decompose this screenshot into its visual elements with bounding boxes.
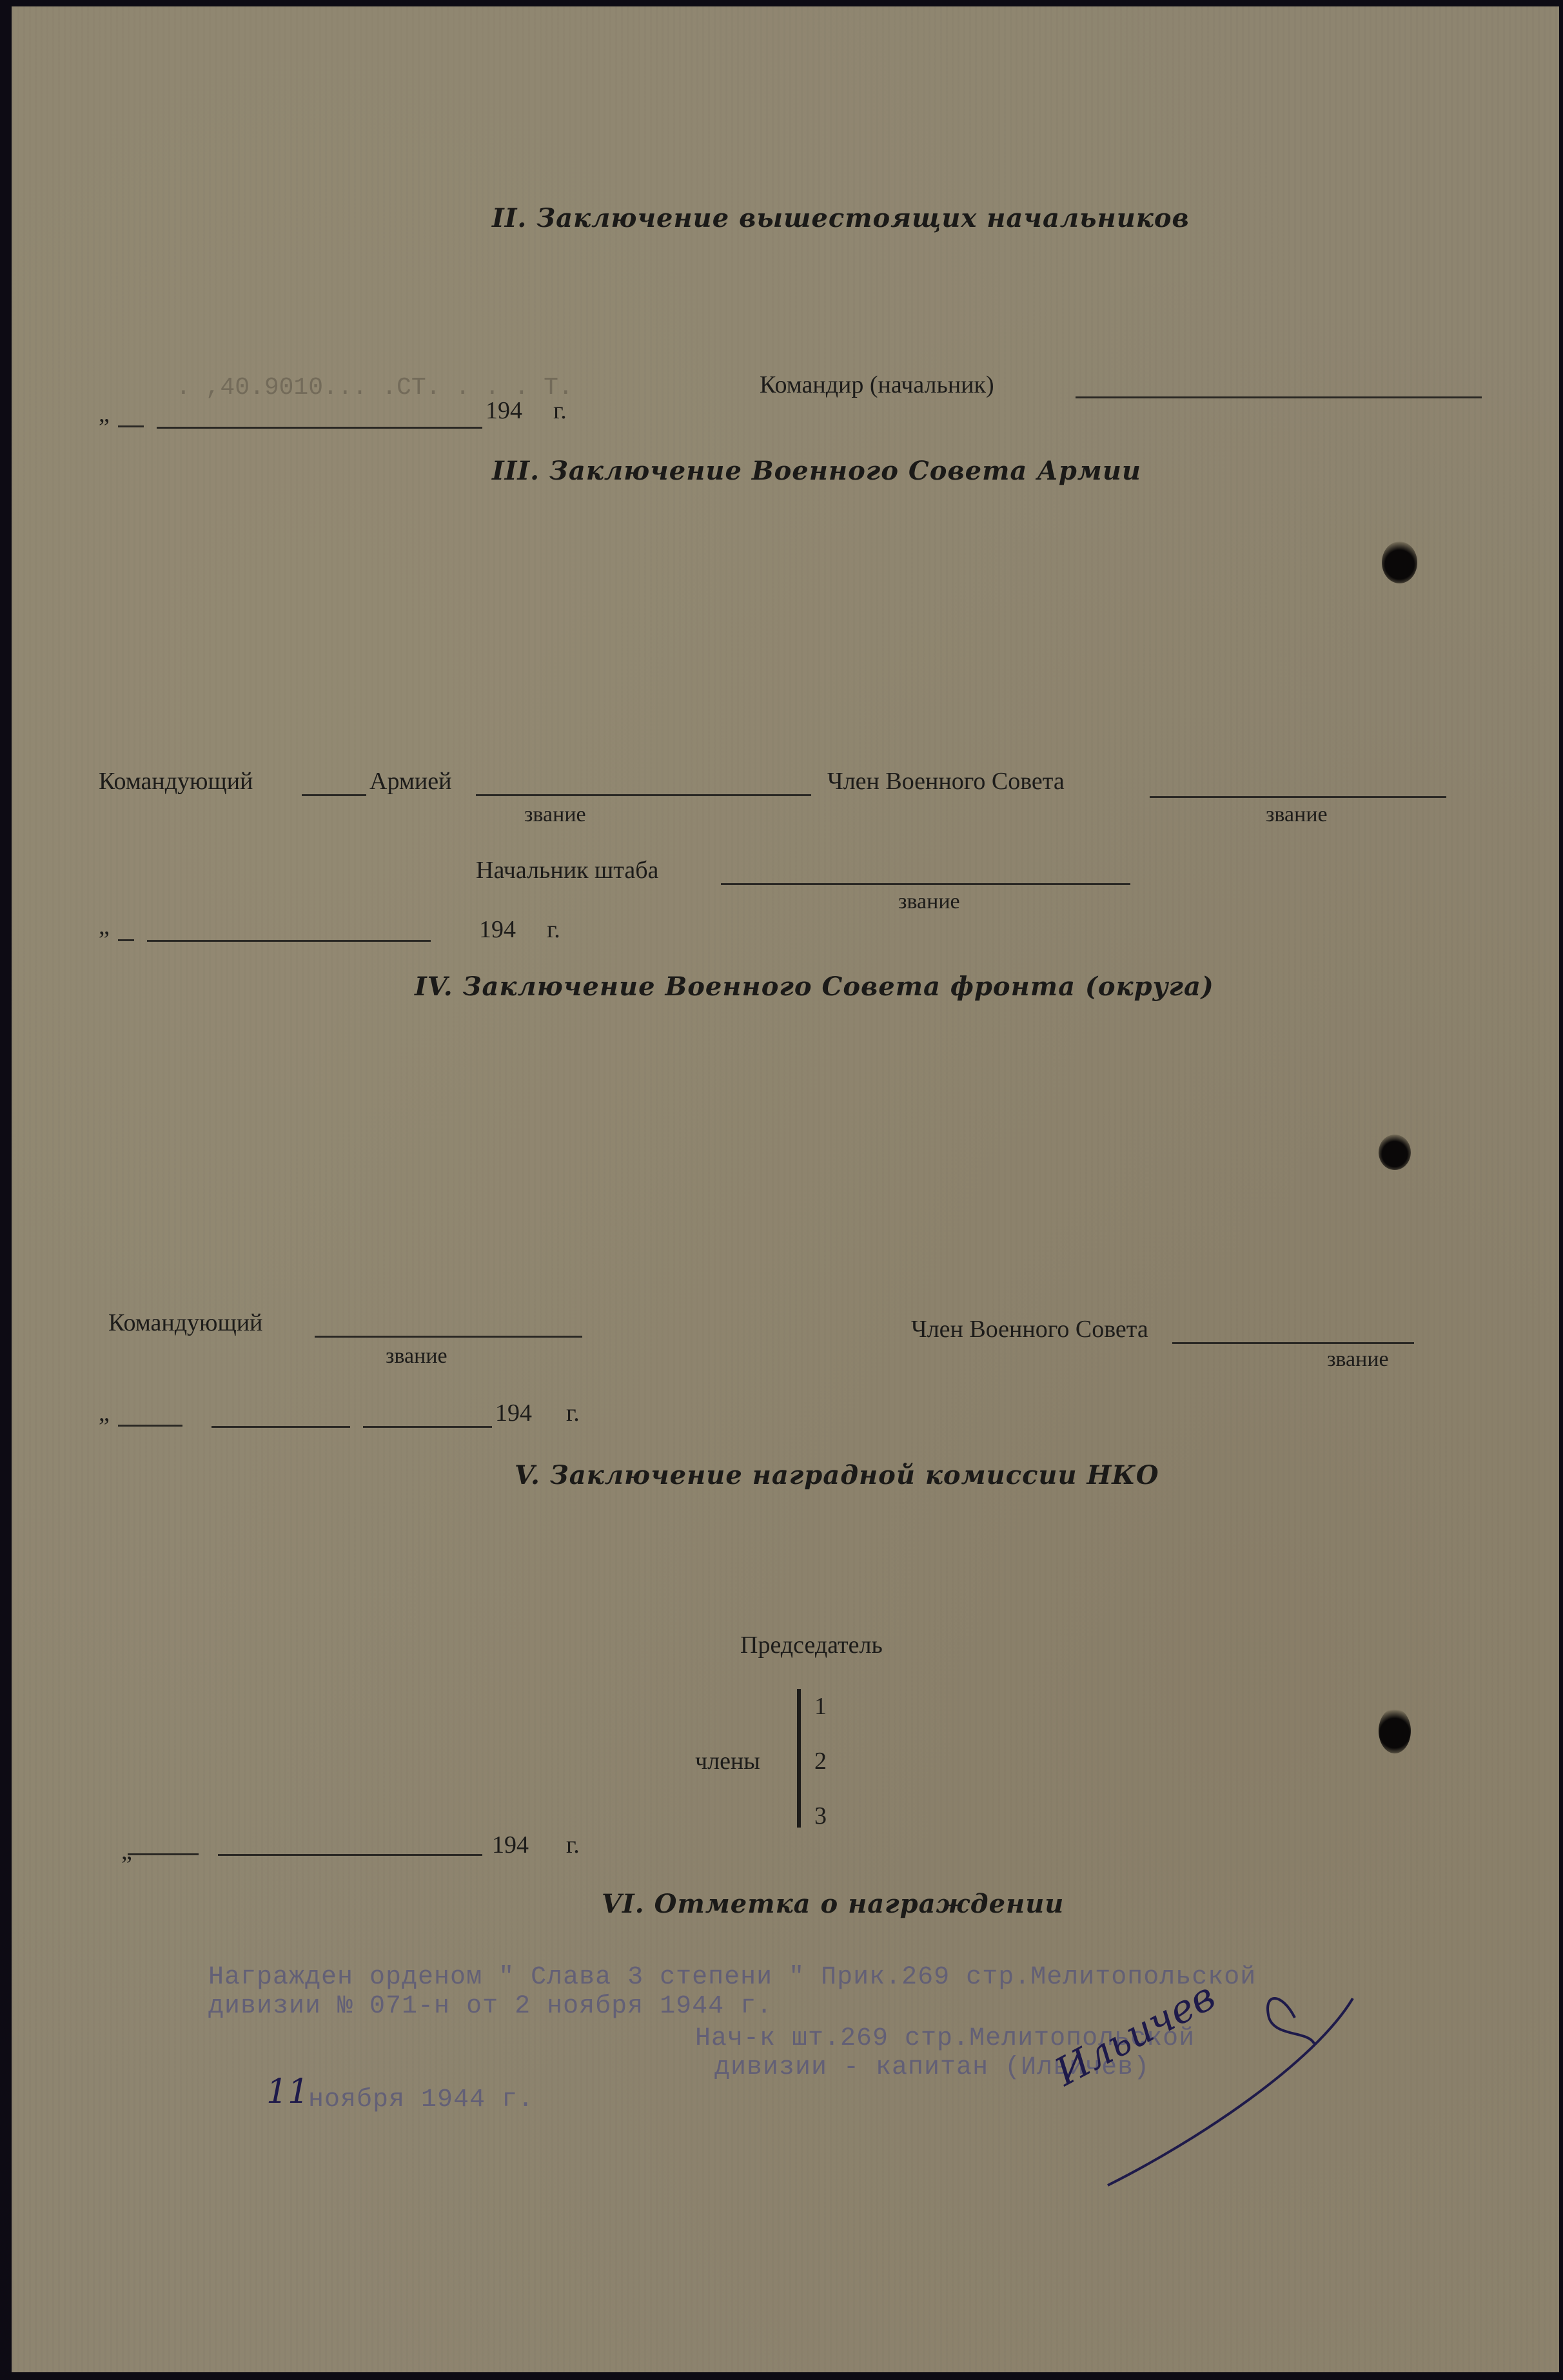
section-3-date-suffix: г.	[547, 915, 560, 944]
member-number-1: 1	[814, 1692, 827, 1721]
section-3-commander-signature-line	[476, 794, 811, 796]
document-page: II. Заключение вышестоящих начальников .…	[12, 6, 1559, 2372]
date-month-line	[218, 1854, 482, 1856]
section-2-date-quote: „	[99, 400, 110, 428]
section-4-council-rank-caption: звание	[1327, 1347, 1389, 1372]
section-4-commander-label: Командующий	[108, 1309, 262, 1337]
date-day-line	[128, 1853, 199, 1855]
section-3-heading: III. Заключение Военного Совета Армии	[492, 456, 1141, 486]
date-month-line	[157, 427, 482, 429]
date-day-line	[118, 1425, 182, 1427]
member-number-2: 2	[814, 1747, 827, 1775]
section-3-rank-caption: звание	[524, 803, 586, 827]
section-5-chairman-label: Председатель	[740, 1631, 883, 1659]
section-4-date-suffix: г.	[566, 1399, 580, 1427]
section-4-council-signature-line	[1172, 1342, 1414, 1344]
section-2-date-suffix: г.	[553, 396, 567, 425]
section-5-heading: V. Заключение наградной комиссии НКО	[515, 1460, 1159, 1490]
section-3-council-rank-caption: звание	[1266, 803, 1328, 827]
punch-hole	[1379, 1708, 1411, 1753]
section-6-heading: VI. Отметка о награждении	[602, 1889, 1064, 1919]
section-5-date-year: 194	[492, 1831, 529, 1859]
date-day-line	[118, 425, 144, 427]
punch-hole	[1379, 1135, 1411, 1170]
section-3-chief-rank-caption: звание	[898, 890, 960, 914]
handwritten-day: 11	[266, 2073, 309, 2111]
section-3-council-signature-line	[1150, 796, 1446, 798]
award-note-line-1: Награжден орденом " Слава 3 степени " Пр…	[208, 1963, 1256, 1992]
date-month-line	[147, 940, 431, 942]
section-5-members-label: члены	[695, 1747, 760, 1775]
date-month-line-2	[363, 1426, 492, 1428]
section-4-council-member-label: Член Военного Совета	[911, 1315, 1148, 1343]
date-day-line	[118, 939, 134, 941]
section-2-commander-signature-line	[1076, 396, 1482, 398]
section-4-commander-signature-line	[315, 1336, 582, 1338]
section-4-rank-caption: звание	[386, 1344, 447, 1369]
section-4-heading: IV. Заключение Военного Совета фронта (о…	[415, 971, 1214, 1002]
section-3-chief-of-staff-label: Начальник штаба	[476, 856, 658, 884]
section-5-date-quote: „	[121, 1837, 132, 1866]
member-number-3: 3	[814, 1802, 827, 1830]
section-3-chief-signature-line	[721, 883, 1130, 885]
section-3-army-label: Армией	[369, 767, 451, 795]
section-4-date-quote: „	[99, 1399, 110, 1427]
section-4-date-year: 194	[495, 1399, 532, 1427]
section-2-commander-label: Командир (начальник)	[760, 371, 994, 399]
section-3-commander-label: Командующий	[99, 767, 253, 795]
section-5-date-suffix: г.	[566, 1831, 580, 1859]
section-3-date-year: 194	[479, 915, 516, 944]
section-3-council-member-label: Член Военного Совета	[827, 767, 1065, 795]
award-date: ноября 1944 г.	[308, 2085, 534, 2114]
members-bracket	[797, 1689, 801, 1828]
section-3-date-quote: „	[99, 912, 110, 941]
signature-flourish	[1069, 1992, 1391, 2205]
punch-hole	[1382, 541, 1417, 583]
section-3-army-number-line	[302, 794, 366, 796]
section-2-heading: II. Заключение вышестоящих начальников	[492, 203, 1190, 233]
date-month-line	[211, 1426, 350, 1428]
award-note-line-2: дивизии № 071-н от 2 ноября 1944 г.	[208, 1992, 772, 2021]
section-2-date-year: 194	[486, 396, 522, 425]
